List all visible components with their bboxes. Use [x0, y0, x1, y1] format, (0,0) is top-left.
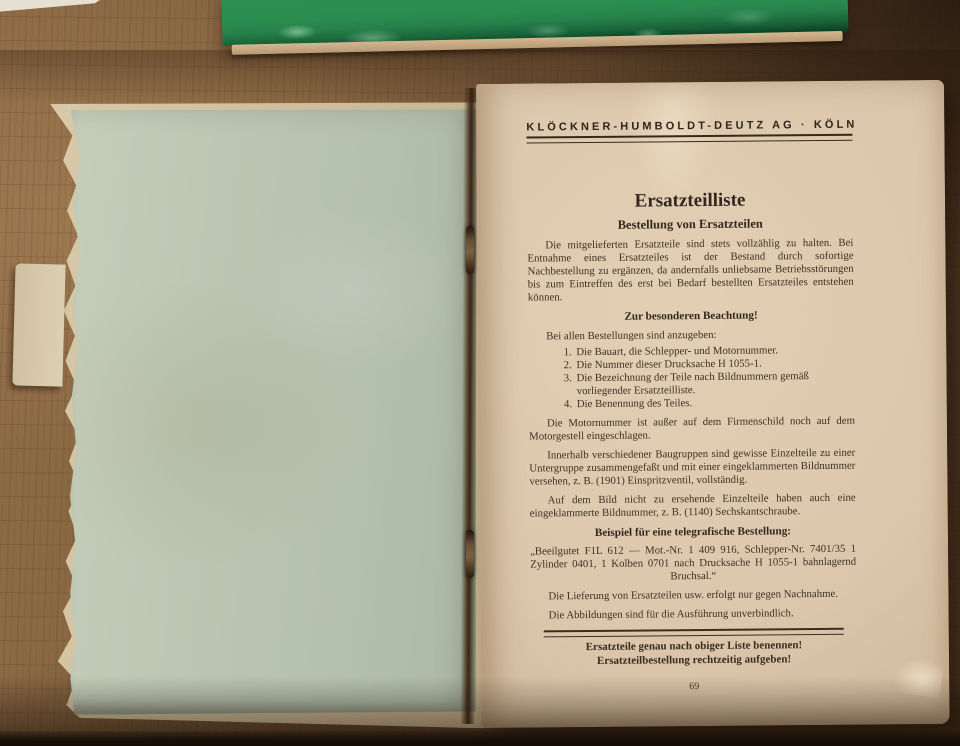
green-book-cover	[221, 0, 848, 46]
bildnummer-paragraph: Auf dem Bild nicht zu ersehende Einzelte…	[530, 492, 856, 521]
page-subtitle: Bestellung von Ersatzteilen	[527, 216, 853, 234]
left-page-tab	[12, 263, 65, 386]
page-title: Ersatzteilliste	[527, 189, 853, 214]
footer-double-rule	[544, 628, 844, 638]
attention-heading: Zur besonderen Beachtung!	[528, 308, 854, 325]
photo-scene: KLÖCKNER-HUMBOLDT-DEUTZ AG · KÖLN Ersatz…	[0, 0, 960, 746]
list-item: Die Benennung des Teiles.	[575, 396, 855, 411]
baugruppen-paragraph: Innerhalb verschiedener Baugruppen sind …	[529, 447, 855, 489]
left-blank-page	[62, 107, 480, 718]
abbildungen-paragraph: Die Abbildungen sind für die Ausführung …	[531, 607, 857, 623]
intro-paragraph: Die mitgelieferten Ersatzteile sind stet…	[527, 237, 854, 305]
page-content: KLÖCKNER-HUMBOLDT-DEUTZ AG · KÖLN Ersatz…	[526, 119, 857, 694]
staple-bottom	[466, 530, 474, 578]
motornummer-paragraph: Die Motornummer ist außer auf dem Firmen…	[529, 415, 855, 444]
table-edge-dark-bar	[0, 731, 960, 746]
list-item: Die Bezeichnung der Teile nach Bildnumme…	[575, 370, 855, 398]
lieferung-paragraph: Die Lieferung von Ersatzteilen usw. erfo…	[530, 588, 856, 604]
order-requirements-list: Die Bauart, die Schlepper- und Motornumm…	[528, 344, 855, 412]
telegram-example: „Beeilgutet F1L 612 — Mot.-Nr. 1 409 916…	[530, 543, 856, 585]
publisher-masthead: KLÖCKNER-HUMBOLDT-DEUTZ AG · KÖLN	[526, 119, 852, 134]
list-intro: Bei allen Bestellungen sind anzugeben:	[528, 328, 854, 344]
right-text-page: KLÖCKNER-HUMBOLDT-DEUTZ AG · KÖLN Ersatz…	[476, 80, 950, 728]
staple-top	[466, 226, 474, 274]
open-manual: KLÖCKNER-HUMBOLDT-DEUTZ AG · KÖLN Ersatz…	[30, 78, 930, 738]
example-heading: Beispiel für eine telegrafische Bestellu…	[530, 524, 856, 541]
footer-notice-2: Ersatzteilbestellung rechtzeitig aufgebe…	[531, 653, 857, 669]
masthead-rule	[526, 134, 852, 144]
